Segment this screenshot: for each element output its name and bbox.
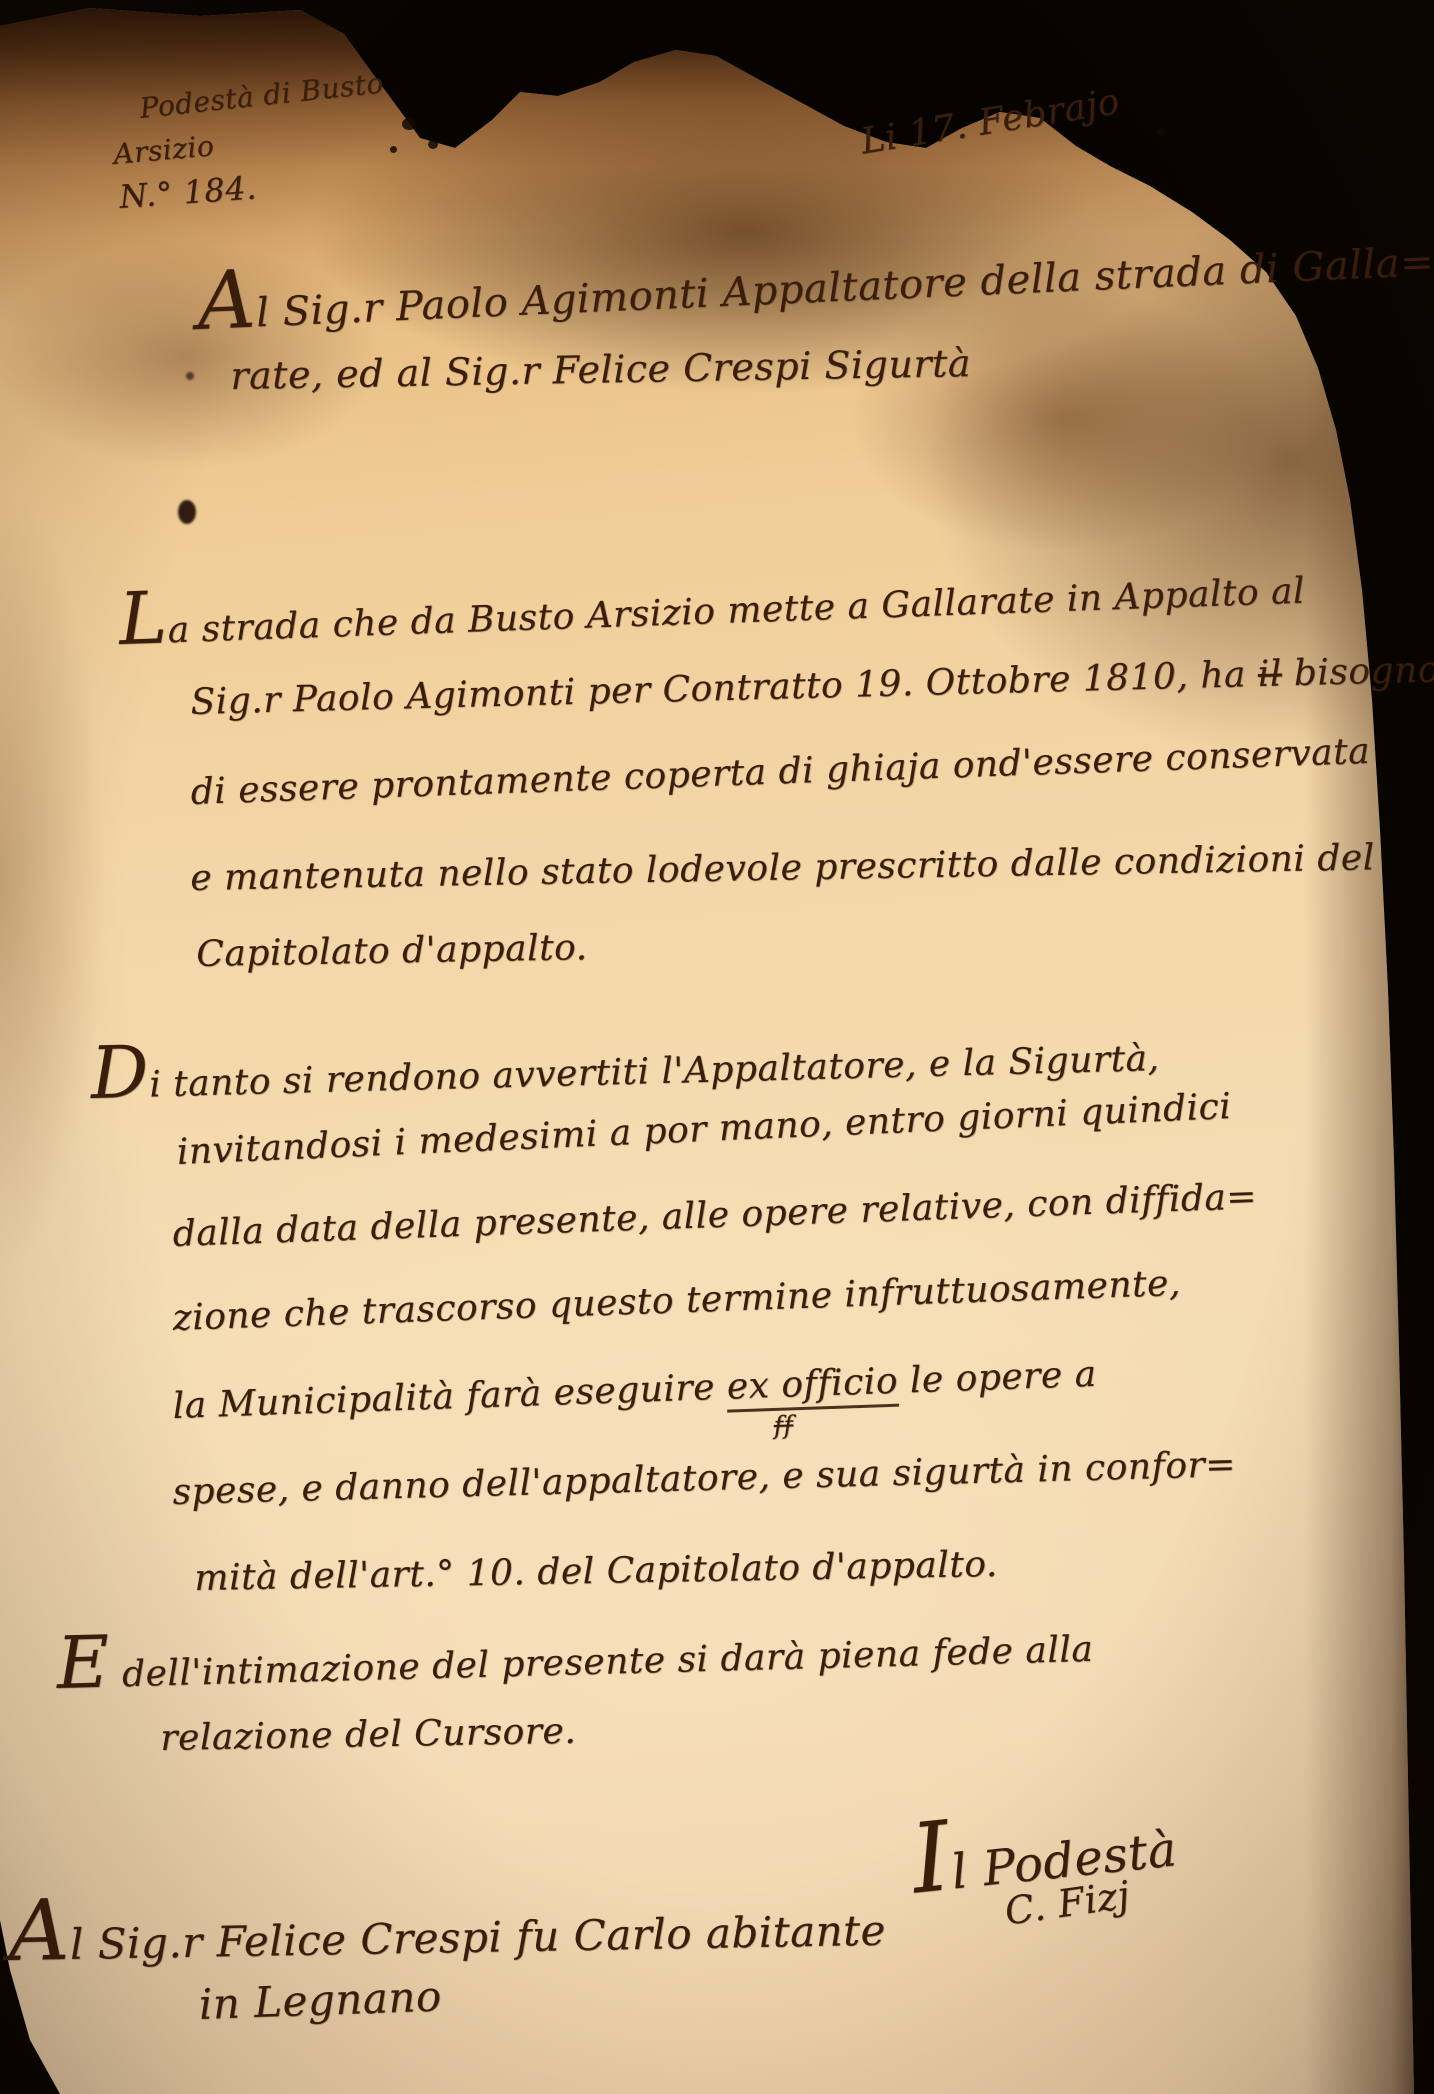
burnt-speckle [390,146,397,153]
burnt-speckle [428,140,438,149]
ex-officio-correction: ff [773,1410,794,1440]
body-p1-line5: Capitolato d'appalto. [196,927,588,975]
ink-blot [186,372,194,380]
ink-blot [1156,128,1165,137]
burnt-speckle [402,118,416,130]
body-p3-line2: relazione del Cursore. [160,1711,577,1759]
footnote-line-2: in Legnano [198,1972,442,2029]
p2-l5-text-b: le opere a [897,1354,1097,1402]
ex-officio-underlined: ex officio [726,1361,899,1413]
p1-l2-struck-word: il [1257,653,1282,695]
p1-l2-text-b: bisogno [1281,649,1434,694]
ink-blot [178,500,196,524]
manuscript-photo: Podestà di Busto Arsizio N.° 184. Li 17.… [0,0,1434,2094]
